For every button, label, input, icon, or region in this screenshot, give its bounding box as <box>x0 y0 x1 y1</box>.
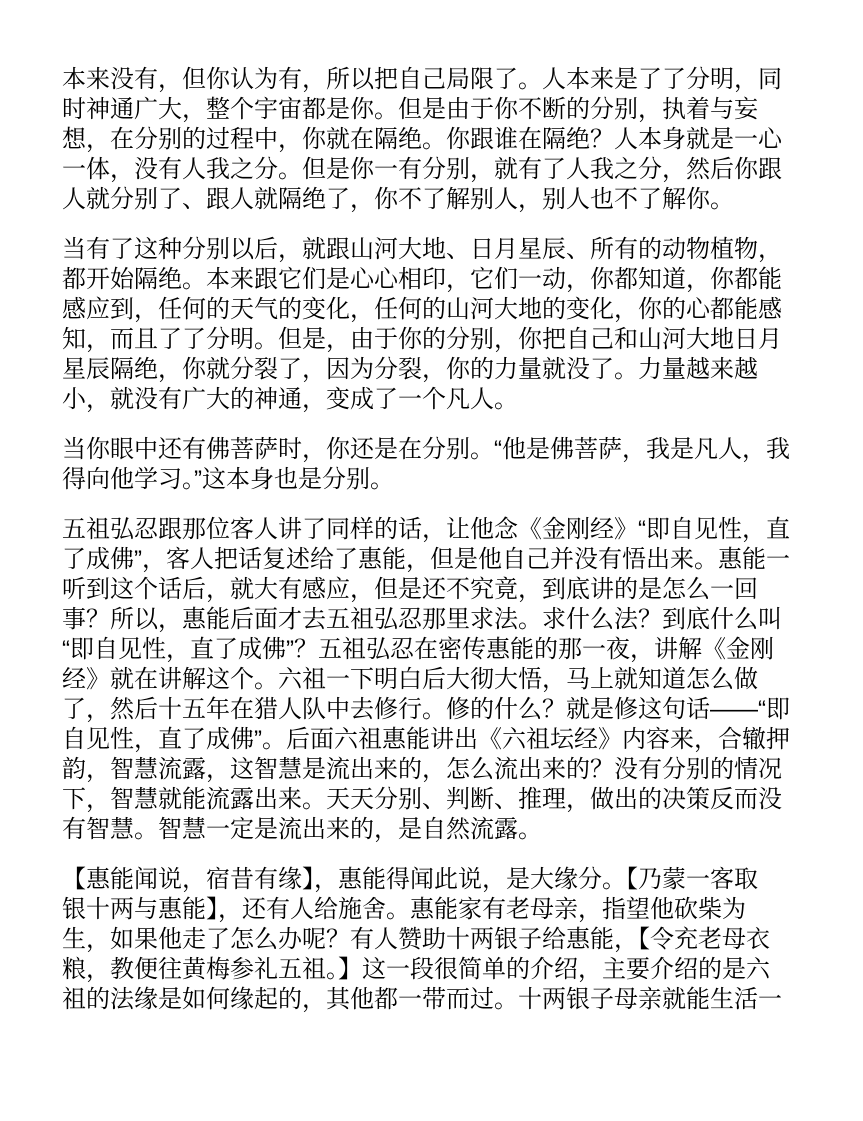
text-line: 粮，教便往黄梅参礼五祖。】这一段很简单的介绍，主要介绍的是六 <box>62 955 808 985</box>
paragraph-3: 当你眼中还有佛菩萨时，你还是在分别。“他是佛菩萨，我是凡人，我 得向他学习。”这… <box>62 435 808 495</box>
paragraph-4: 五祖弘忍跟那位客人讲了同样的话，让他念《金刚经》“即自见性，直 了成佛”，客人把… <box>62 515 808 845</box>
text-line: 知，而且了了分明。但是，由于你的分别，你把自己和山河大地日月 <box>62 325 808 355</box>
text-line: 经》就在讲解这个。六祖一下明白后大彻大悟，马上就知道怎么做 <box>62 665 808 695</box>
text-line: 本来没有，但你认为有，所以把自己局限了。人本来是了了分明，同 <box>62 65 808 95</box>
text-line: 【惠能闻说，宿昔有缘】，惠能得闻此说，是大缘分。【乃蒙一客取 <box>62 865 808 895</box>
text-line: 生，如果他走了怎么办呢？有人赞助十两银子给惠能，【令充老母衣 <box>62 925 808 955</box>
text-line: 当你眼中还有佛菩萨时，你还是在分别。“他是佛菩萨，我是凡人，我 <box>62 435 808 465</box>
text-line: “即自见性，直了成佛”？五祖弘忍在密传惠能的那一夜，讲解《金刚 <box>62 635 808 665</box>
text-line: 当有了这种分别以后，就跟山河大地、日月星辰、所有的动物植物， <box>62 235 808 265</box>
text-line: 想，在分别的过程中，你就在隔绝。你跟谁在隔绝？人本身就是一心 <box>62 125 808 155</box>
text-line: 自见性，直了成佛”。后面六祖惠能讲出《六祖坛经》内容来，合辙押 <box>62 725 808 755</box>
text-line: 祖的法缘是如何缘起的，其他都一带而过。十两银子母亲就能生活一 <box>62 985 808 1015</box>
text-line: 人就分别了、跟人就隔绝了，你不了解别人，别人也不了解你。 <box>62 185 808 215</box>
text-line: 银十两与惠能】，还有人给施舍。惠能家有老母亲，指望他砍柴为 <box>62 895 808 925</box>
text-line: 小，就没有广大的神通，变成了一个凡人。 <box>62 385 808 415</box>
text-line: 五祖弘忍跟那位客人讲了同样的话，让他念《金刚经》“即自见性，直 <box>62 515 808 545</box>
paragraph-1: 本来没有，但你认为有，所以把自己局限了。人本来是了了分明，同 时神通广大，整个宇… <box>62 65 808 215</box>
text-line: 有智慧。智慧一定是流出来的，是自然流露。 <box>62 815 808 845</box>
text-line: 时神通广大，整个宇宙都是你。但是由于你不断的分别，执着与妄 <box>62 95 808 125</box>
text-line: 了成佛”，客人把话复述给了惠能，但是他自己并没有悟出来。惠能一 <box>62 545 808 575</box>
paragraph-5: 【惠能闻说，宿昔有缘】，惠能得闻此说，是大缘分。【乃蒙一客取 银十两与惠能】，还… <box>62 865 808 1015</box>
text-line: 星辰隔绝，你就分裂了，因为分裂，你的力量就没了。力量越来越 <box>62 355 808 385</box>
text-line: 了，然后十五年在猎人队中去修行。修的什么？就是修这句话——“即 <box>62 695 808 725</box>
text-line: 下，智慧就能流露出来。天天分别、判断、推理，做出的决策反而没 <box>62 785 808 815</box>
text-line: 都开始隔绝。本来跟它们是心心相印，它们一动，你都知道，你都能 <box>62 265 808 295</box>
text-line: 韵，智慧流露，这智慧是流出来的，怎么流出来的？没有分别的情况 <box>62 755 808 785</box>
text-line: 一体，没有人我之分。但是你一有分别，就有了人我之分，然后你跟 <box>62 155 808 185</box>
paragraph-2: 当有了这种分别以后，就跟山河大地、日月星辰、所有的动物植物， 都开始隔绝。本来跟… <box>62 235 808 415</box>
text-line: 听到这个话后，就大有感应，但是还不究竟，到底讲的是怎么一回 <box>62 575 808 605</box>
document-page: 本来没有，但你认为有，所以把自己局限了。人本来是了了分明，同 时神通广大，整个宇… <box>0 0 863 1121</box>
text-line: 感应到，任何的天气的变化，任何的山河大地的变化，你的心都能感 <box>62 295 808 325</box>
text-line: 得向他学习。”这本身也是分别。 <box>62 465 808 495</box>
text-line: 事？所以，惠能后面才去五祖弘忍那里求法。求什么法？到底什么叫 <box>62 605 808 635</box>
